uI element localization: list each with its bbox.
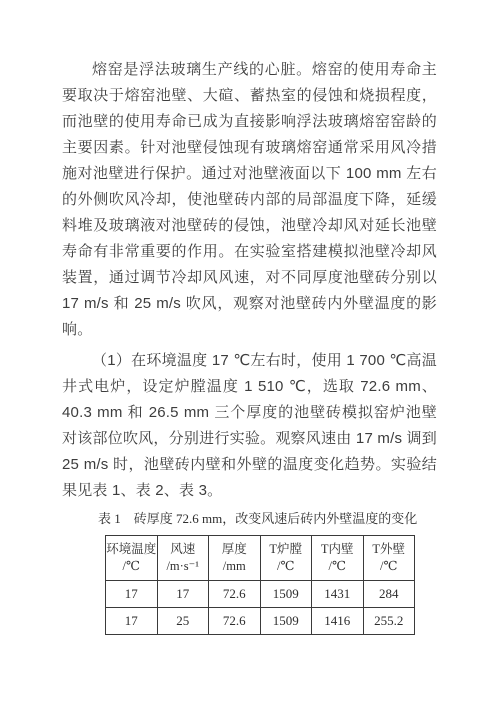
header-label: T炉膛 bbox=[261, 541, 312, 558]
table-cell: 17 bbox=[157, 581, 209, 608]
header-label: T内壁 bbox=[312, 541, 363, 558]
header-unit: /℃ bbox=[364, 558, 415, 575]
table-cell: 255.2 bbox=[363, 608, 415, 635]
header-unit: /mm bbox=[209, 558, 260, 575]
header-cell-outer-wall-temp: T外壁 /℃ bbox=[363, 536, 415, 581]
table-row: 17 17 72.6 1509 1431 284 bbox=[106, 581, 415, 608]
paragraph-intro: 熔窑是浮法玻璃生产线的心脏。熔窑的使用寿命主要取决于熔窑池壁、大碹、蓄热室的侵蚀… bbox=[62, 57, 437, 343]
table-cell: 25 bbox=[157, 608, 209, 635]
header-unit: /℃ bbox=[106, 558, 157, 575]
table-cell: 72.6 bbox=[209, 581, 261, 608]
table-cell: 17 bbox=[106, 581, 158, 608]
table-caption: 表 1 砖厚度 72.6 mm，改变风速后砖内外壁温度的变化 bbox=[98, 511, 437, 527]
header-cell-wind-speed: 风速 /m·s⁻¹ bbox=[157, 536, 209, 581]
paragraph-experiment: （1）在环境温度 17 ℃左右时，使用 1 700 ℃高温井式电炉，设定炉膛温度… bbox=[62, 348, 437, 504]
header-unit: /m·s⁻¹ bbox=[158, 558, 209, 575]
data-table: 环境温度 /℃ 风速 /m·s⁻¹ 厚度 /mm T炉膛 /℃ T内壁 /℃ bbox=[105, 535, 415, 635]
table-body: 17 17 72.6 1509 1431 284 17 25 72.6 1509… bbox=[106, 581, 415, 635]
table-cell: 1509 bbox=[260, 608, 312, 635]
header-label: 风速 bbox=[158, 541, 209, 558]
table-cell: 72.6 bbox=[209, 608, 261, 635]
header-unit: /℃ bbox=[261, 558, 312, 575]
document-page: 熔窑是浮法玻璃生产线的心脏。熔窑的使用寿命主要取决于熔窑池壁、大碹、蓄热室的侵蚀… bbox=[0, 0, 500, 707]
table-cell: 1416 bbox=[312, 608, 364, 635]
header-cell-furnace-temp: T炉膛 /℃ bbox=[260, 536, 312, 581]
header-cell-inner-wall-temp: T内壁 /℃ bbox=[312, 536, 364, 581]
header-cell-ambient-temp: 环境温度 /℃ bbox=[106, 536, 158, 581]
table-cell: 1431 bbox=[312, 581, 364, 608]
table-header-row: 环境温度 /℃ 风速 /m·s⁻¹ 厚度 /mm T炉膛 /℃ T内壁 /℃ bbox=[106, 536, 415, 581]
header-cell-thickness: 厚度 /mm bbox=[209, 536, 261, 581]
header-label: 环境温度 bbox=[106, 541, 157, 558]
table-header: 环境温度 /℃ 风速 /m·s⁻¹ 厚度 /mm T炉膛 /℃ T内壁 /℃ bbox=[106, 536, 415, 581]
header-unit: /℃ bbox=[312, 558, 363, 575]
table-cell: 284 bbox=[363, 581, 415, 608]
table-cell: 1509 bbox=[260, 581, 312, 608]
header-label: T外壁 bbox=[364, 541, 415, 558]
header-label: 厚度 bbox=[209, 541, 260, 558]
table-row: 17 25 72.6 1509 1416 255.2 bbox=[106, 608, 415, 635]
table-cell: 17 bbox=[106, 608, 158, 635]
